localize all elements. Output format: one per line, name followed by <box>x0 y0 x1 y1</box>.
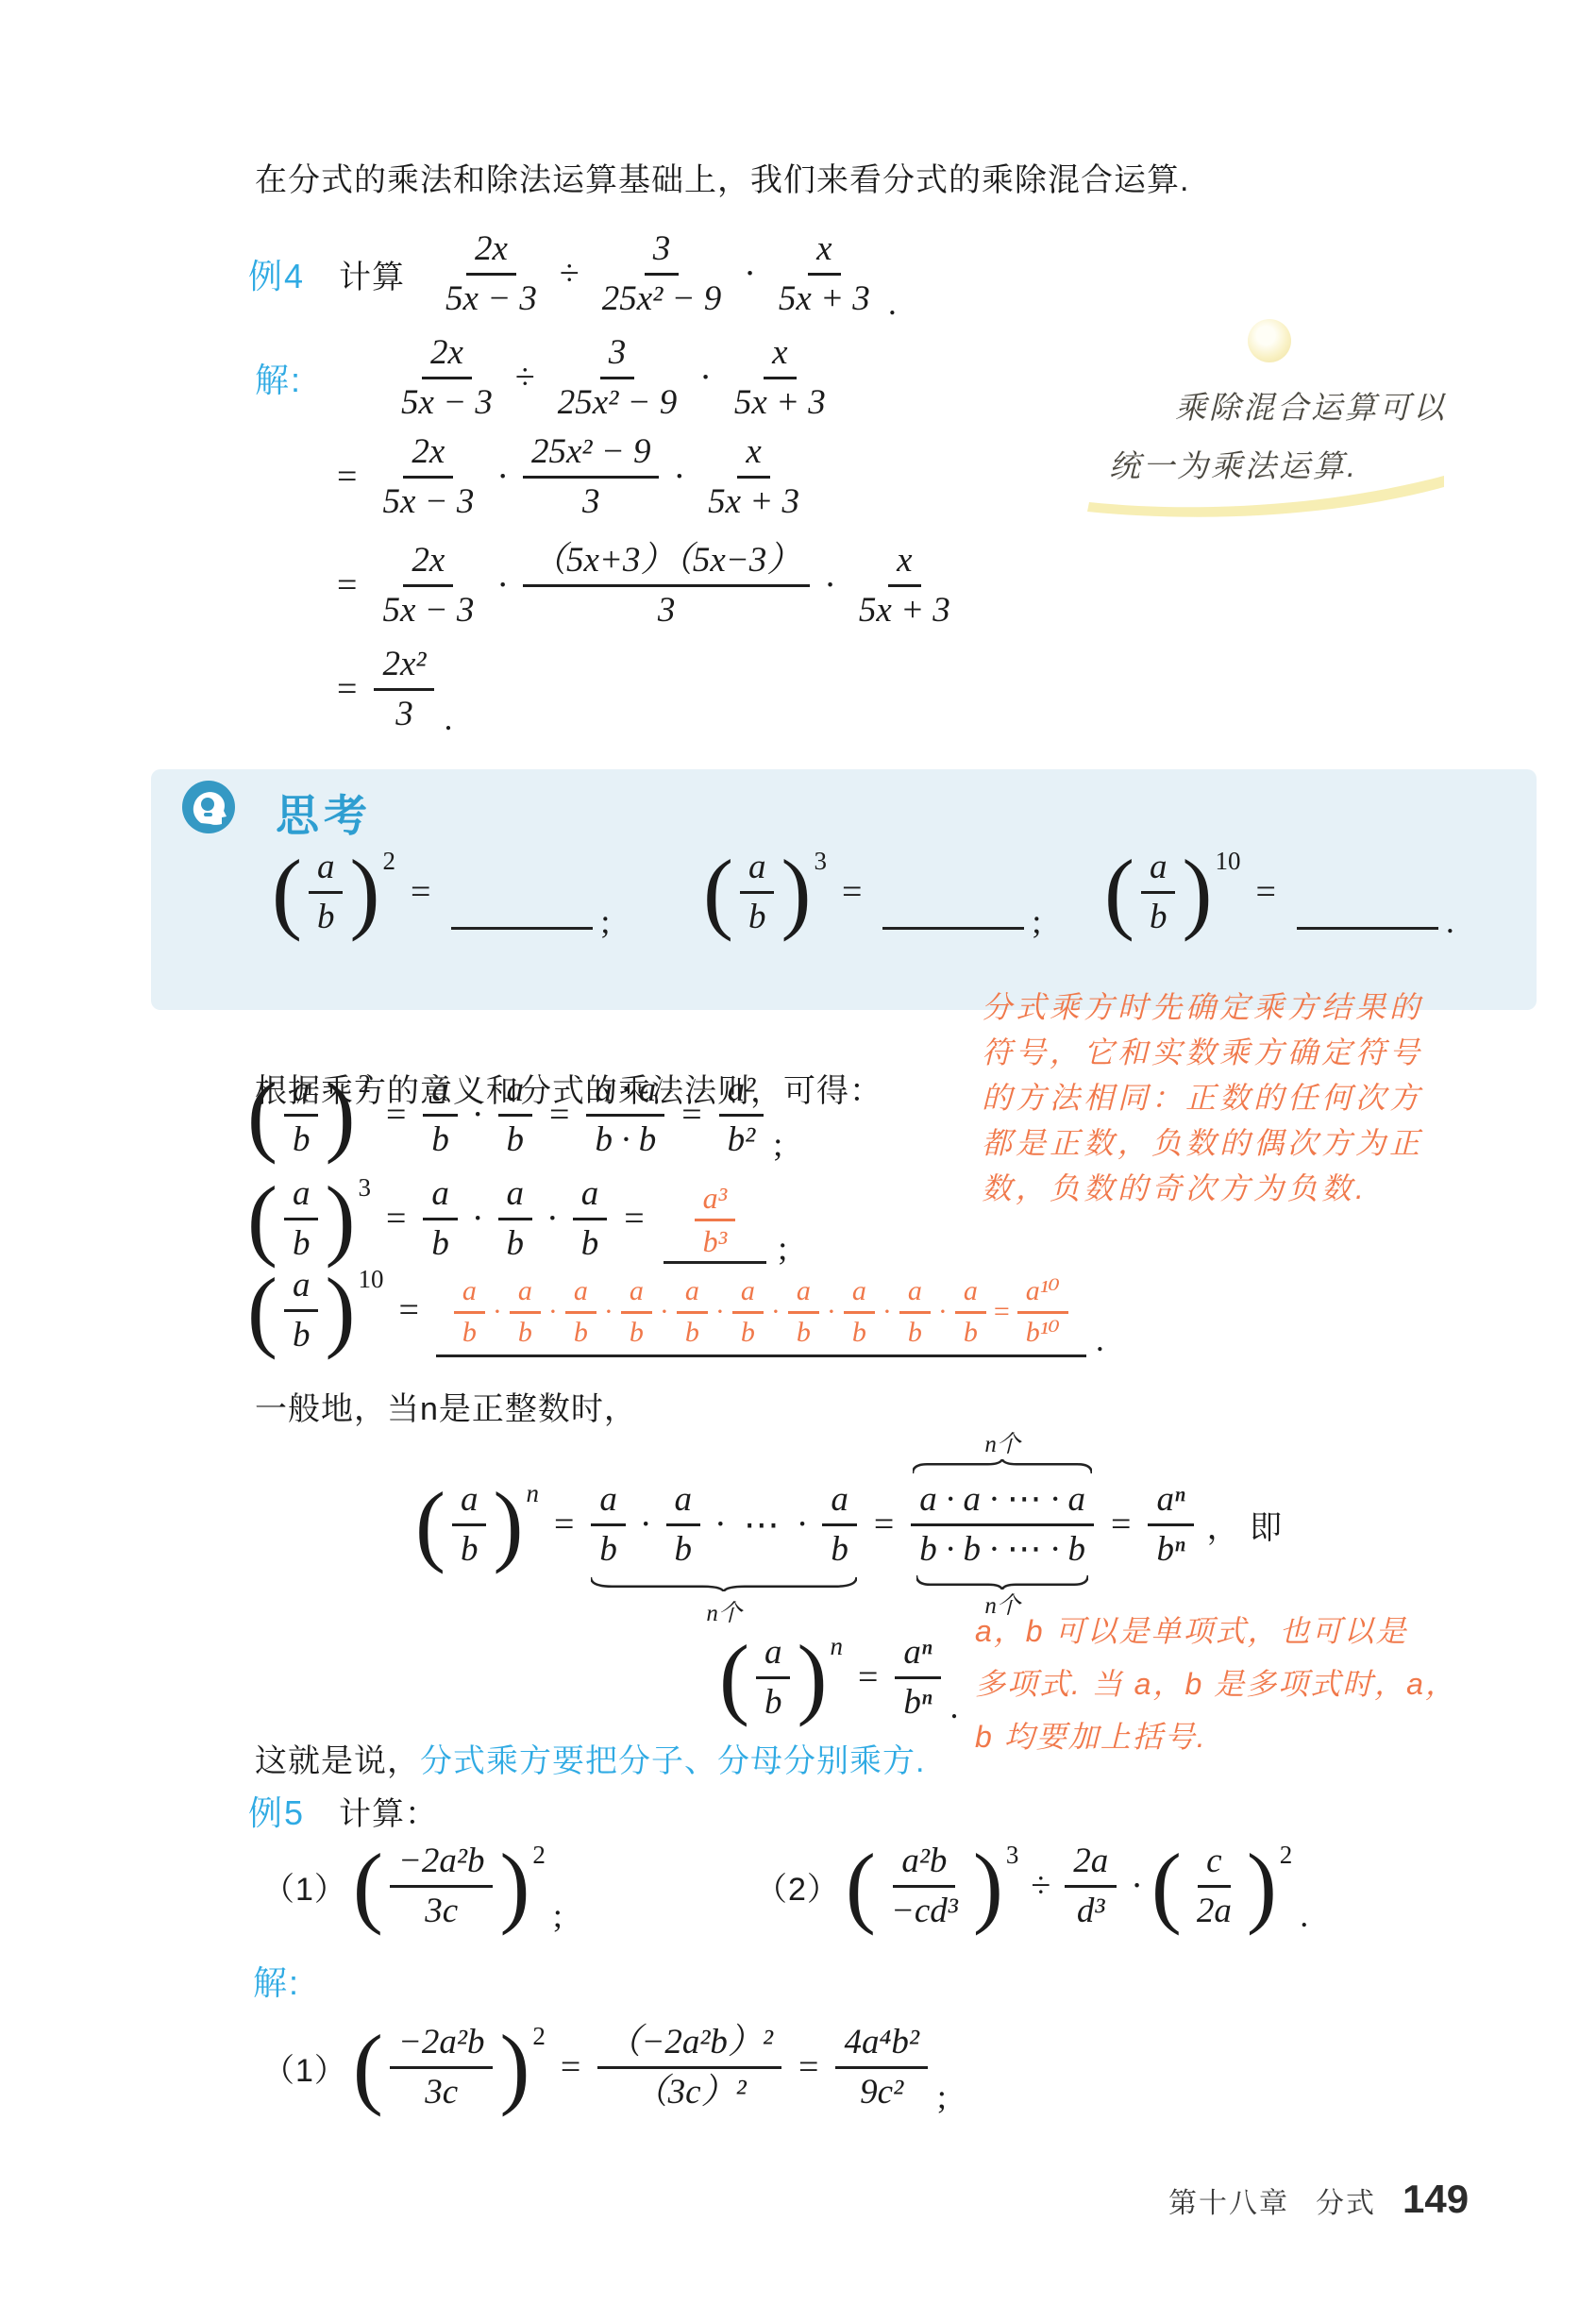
exponent: 10 <box>1215 847 1240 876</box>
fraction: ab <box>591 1479 626 1570</box>
general-power-formula: ( ab ) n = ab · ab · ⋯ · ab n个 = n个 a · … <box>415 1479 1283 1570</box>
denominator: b <box>899 1314 931 1350</box>
denominator: 3 <box>649 587 684 631</box>
intro-paragraph: 在分式的乘法和除法运算基础上，我们来看分式的乘除混合运算. <box>255 154 1189 200</box>
left-paren: ( <box>353 1843 383 1928</box>
numerator: a <box>423 1173 458 1220</box>
fraction: ab <box>756 1632 791 1723</box>
right-paren: ) <box>973 1843 1003 1928</box>
item-tag: （1） <box>262 2044 347 2091</box>
right-paren: ) <box>325 1268 355 1353</box>
numerator: a <box>677 1275 708 1314</box>
fraction: ab <box>284 1069 319 1160</box>
denominator: 3c <box>416 2069 466 2113</box>
fraction: a · ab · b <box>586 1069 664 1160</box>
denominator: b <box>573 1220 608 1265</box>
equals-sign: = <box>798 2046 818 2088</box>
handwritten-fraction: ab <box>510 1275 541 1349</box>
period: . <box>1446 901 1454 941</box>
fraction: 25x² − 93 <box>523 431 659 522</box>
numerator: a² <box>719 1069 764 1117</box>
numerator: x <box>808 228 840 276</box>
equals-sign: = <box>858 1657 878 1698</box>
denominator: b <box>423 1117 458 1161</box>
conclusion-sentence: 这就是说，分式乘方要把分子、分母分别乘方. <box>255 1735 925 1781</box>
exponent: 2 <box>358 1069 371 1099</box>
ellipsis: ⋯ <box>744 1504 780 1546</box>
period: . <box>950 1687 959 1726</box>
multiply-operator: · <box>604 1296 613 1328</box>
example4-label: 例4 <box>248 250 305 298</box>
example5-prompt: 计算： <box>339 1788 438 1834</box>
left-paren: ( <box>415 1482 445 1567</box>
multiply-operator: · <box>660 1296 669 1328</box>
equals-sign: = <box>624 1198 644 1239</box>
denominator: b¹⁰ <box>1017 1314 1068 1350</box>
fraction: 2x5x − 3 <box>374 431 482 522</box>
fraction: x5x + 3 <box>699 431 808 522</box>
multiply-operator: · <box>714 1504 727 1545</box>
note-line: 数，负数的奇次方为负数. <box>982 1166 1548 1211</box>
exponent: n <box>526 1479 539 1508</box>
equals-sign: = <box>874 1504 894 1545</box>
fraction: ab <box>452 1479 487 1570</box>
handwritten-fraction: ab <box>899 1275 931 1349</box>
fraction: ab <box>284 1173 319 1264</box>
denominator: b <box>498 1117 533 1161</box>
numerator: a <box>822 1479 857 1526</box>
right-paren: ) <box>797 1635 827 1720</box>
right-paren: ) <box>325 1176 355 1261</box>
denominator: 25x² − 9 <box>594 276 730 320</box>
underbrace-label: n个 <box>585 1594 862 1628</box>
numerator: 2x <box>466 228 516 276</box>
exponent: 2 <box>532 1841 546 1870</box>
fraction: （−2a²b）²（3c）² <box>597 2022 781 2112</box>
right-paren: ) <box>781 850 811 934</box>
denominator: 3 <box>387 691 422 735</box>
fraction: ab <box>423 1069 458 1160</box>
footer-section: 分式 <box>1316 2179 1376 2221</box>
fraction: ab <box>498 1173 533 1264</box>
left-paren: ( <box>703 850 733 934</box>
power-rule-formula: ( ab ) n = aⁿbⁿ . <box>719 1632 959 1723</box>
fraction: a²b−cd³ <box>882 1841 966 1931</box>
numerator: a <box>423 1069 458 1117</box>
underbrace <box>916 1575 1088 1590</box>
numerator: a <box>666 1479 701 1526</box>
solution4-row1: 解: 2x5x − 3 ÷ 325x² − 9 · x5x + 3 <box>255 332 840 423</box>
solution5-label: 解: <box>253 1957 300 2005</box>
numerator: 2x² <box>374 644 434 691</box>
overbrace-label: n个 <box>911 1431 1094 1459</box>
example5-header: 例5 计算： <box>248 1787 438 1835</box>
left-paren: ( <box>719 1635 749 1720</box>
conclusion-prefix: 这就是说， <box>255 1743 420 1779</box>
think-head-lightbulb-icon <box>181 780 236 834</box>
side-note-line1: 乘除混合运算可以 <box>1175 383 1447 428</box>
handwritten-answer-blank: a³b³ <box>664 1181 767 1265</box>
period: . <box>444 698 452 738</box>
handwritten-fraction: ab <box>621 1275 652 1349</box>
numerator: 3 <box>600 332 635 379</box>
numerator: a <box>955 1275 986 1314</box>
fraction: x5x + 3 <box>770 228 879 319</box>
exponent: 3 <box>814 847 827 876</box>
solution-label: 解: <box>255 354 302 402</box>
fraction: 2x5x − 3 <box>437 228 546 319</box>
right-paren: ) <box>325 1072 355 1157</box>
multiply-operator: · <box>496 456 509 497</box>
denominator: bⁿ <box>1148 1526 1193 1571</box>
numerator: a <box>756 1632 791 1679</box>
footer-chapter: 第十八章 <box>1168 2179 1289 2221</box>
handwritten-fraction: ab <box>565 1275 596 1349</box>
handwritten-fraction: ab <box>677 1275 708 1349</box>
numerator: aⁿ <box>1148 1479 1193 1526</box>
numerator: （5x+3）（5x−3） <box>523 540 810 587</box>
numerator: a · a <box>586 1069 664 1117</box>
numerator: a¹⁰ <box>1017 1275 1068 1314</box>
multiply-operator: · <box>699 357 712 398</box>
multiply-operator: · <box>938 1296 948 1328</box>
handwritten-fraction: a³b³ <box>695 1181 736 1259</box>
numerator: a <box>591 1479 626 1526</box>
denominator: b <box>677 1314 708 1350</box>
fraction: 4a⁴b²9c² <box>835 2022 927 2112</box>
fraction: x5x + 3 <box>726 332 834 423</box>
multiply-operator: · <box>715 1296 725 1328</box>
denominator: 5x + 3 <box>770 276 879 320</box>
multiply-operator: · <box>472 1198 484 1239</box>
equals-sign: = <box>549 1094 569 1136</box>
divide-operator: ÷ <box>515 357 535 398</box>
multiply-operator: · <box>496 564 509 606</box>
fraction: ab <box>284 1265 319 1355</box>
numerator: 3 <box>645 228 680 276</box>
note-line: 的方法相同：正数的任何次方 <box>982 1075 1548 1120</box>
separator: ; <box>937 2077 947 2116</box>
denominator: 5x − 3 <box>374 479 482 523</box>
left-paren: ( <box>846 1843 876 1928</box>
numerator: a · a · ⋯ · a <box>919 1480 1085 1519</box>
exponent: 2 <box>532 2022 546 2051</box>
numerator: a <box>621 1275 652 1314</box>
numerator: （−2a²b）² <box>597 2022 781 2069</box>
equals-sign: = <box>337 564 357 606</box>
denominator: b <box>565 1314 596 1350</box>
fraction: a²b² <box>719 1069 764 1160</box>
fill-in-blank <box>451 927 593 930</box>
denominator: 5x − 3 <box>374 587 482 631</box>
numerator: aⁿ <box>895 1632 940 1679</box>
sun-decoration <box>1248 319 1291 362</box>
denominator: bⁿ <box>895 1679 940 1724</box>
fraction: ab <box>498 1069 533 1160</box>
note-line: b 均要加上括号. <box>975 1710 1560 1763</box>
numerator: −2a²b <box>390 2022 494 2069</box>
denominator: b³ <box>695 1221 736 1259</box>
numerator: a²b <box>893 1841 955 1888</box>
equation-tenth-power: ( ab ) 10 = ab · ab · ab · ab · ab · ab … <box>247 1265 1104 1355</box>
period: . <box>1096 1320 1104 1359</box>
numerator: 2x <box>403 540 453 587</box>
fraction: ab <box>666 1479 701 1570</box>
left-paren: ( <box>272 850 302 934</box>
denominator: b <box>822 1526 857 1571</box>
numerator: −2a²b <box>390 1841 494 1888</box>
note-line: 符号，它和实数乘方确定符号 <box>982 1030 1548 1075</box>
multiply-operator: · <box>797 1504 809 1545</box>
numerator: x <box>737 431 769 479</box>
separator: ; <box>773 1124 782 1164</box>
handwritten-note-power-sign: 分式乘方时先确定乘方结果的 符号，它和实数乘方确定符号 的方法相同：正数的任何次… <box>982 984 1548 1211</box>
right-paren: ) <box>349 850 379 934</box>
denominator: b <box>756 1679 791 1724</box>
denominator: b · b <box>586 1117 664 1161</box>
numerator: x <box>764 332 796 379</box>
denominator: b <box>844 1314 875 1350</box>
fraction: 2x²3 <box>374 644 434 734</box>
numerator: 2x <box>403 431 453 479</box>
conclusion-highlight: 分式乘方要把分子、分母分别乘方. <box>420 1743 925 1779</box>
exponent: 3 <box>1006 1841 1019 1870</box>
numerator: 2x <box>422 332 472 379</box>
fill-in-blank <box>1297 927 1438 930</box>
numerator: a <box>284 1173 319 1220</box>
denominator: b <box>666 1526 701 1571</box>
equals-sign: = <box>554 1504 574 1545</box>
left-paren: ( <box>1104 850 1134 934</box>
example5-item1: （1） ( −2a²b3c ) 2 ; <box>262 1841 563 1931</box>
numerator: c <box>1198 1841 1230 1888</box>
denominator-group: b · b · ⋯ · b n个 <box>911 1526 1094 1571</box>
numerator: a <box>452 1479 487 1526</box>
equals-sign: = <box>561 2046 580 2088</box>
multiply-operator: · <box>824 564 836 606</box>
denominator: d³ <box>1068 1888 1114 1932</box>
solution4-row2: = 2x5x − 3 · 25x² − 93 · x5x + 3 <box>326 431 814 522</box>
example5-label: 例5 <box>248 1787 305 1835</box>
denominator: b <box>284 1312 319 1356</box>
fraction: x5x + 3 <box>850 540 959 631</box>
page-number: 149 <box>1403 2177 1469 2222</box>
multiply-operator: · <box>1131 1865 1143 1907</box>
multiply-operator: · <box>673 456 685 497</box>
fraction: （5x+3）（5x−3）3 <box>523 540 810 631</box>
general-case-paragraph: 一般地，当n是正整数时， <box>255 1383 637 1429</box>
example4-statement: 例4 计算 2x5x − 3 ÷ 325x² − 9 · x5x + 3 . <box>248 228 897 319</box>
equals-sign: = <box>386 1094 406 1136</box>
solution5-row1: （1） ( −2a²b3c ) 2 = （−2a²b）²（3c）² = 4a⁴b… <box>262 2022 947 2112</box>
denominator: 2a <box>1188 1888 1240 1932</box>
denominator: 3c <box>416 1888 466 1932</box>
left-paren: ( <box>247 1268 277 1353</box>
fraction: ab <box>573 1173 608 1264</box>
multiply-operator: · <box>640 1504 652 1545</box>
period: . <box>888 283 897 323</box>
divide-operator: ÷ <box>560 253 580 294</box>
numerator: a <box>510 1275 541 1314</box>
example4-prompt: 计算 <box>339 251 405 297</box>
handwritten-fraction: ab <box>788 1275 819 1349</box>
right-paren: ) <box>1182 850 1212 934</box>
denominator: b <box>621 1314 652 1350</box>
solution4-row3: = 2x5x − 3 · （5x+3）（5x−3）3 · x5x + 3 <box>326 540 965 631</box>
left-paren: ( <box>1151 1843 1182 1928</box>
denominator: b <box>454 1314 485 1350</box>
denominator: 5x − 3 <box>393 379 501 424</box>
exponent: 3 <box>358 1173 371 1203</box>
multiply-operator: · <box>771 1296 781 1328</box>
think-title: 思考 <box>276 782 372 844</box>
denominator: 9c² <box>851 2069 912 2113</box>
right-paren: ) <box>499 1843 529 1928</box>
numerator: x <box>888 540 920 587</box>
note-line: 都是正数，负数的偶次方为正 <box>982 1120 1548 1166</box>
namely-text: ， 即 <box>1207 1502 1283 1548</box>
equals-sign: = <box>398 1289 418 1331</box>
note-line: 分式乘方时先确定乘方结果的 <box>982 984 1548 1030</box>
multiply-operator: · <box>827 1296 836 1328</box>
denominator: b <box>452 1526 487 1571</box>
separator: ; <box>600 901 610 941</box>
numerator: 4a⁴b² <box>835 2022 927 2069</box>
left-paren: ( <box>247 1176 277 1261</box>
denominator: b <box>591 1526 626 1571</box>
period: . <box>1300 1895 1308 1935</box>
fraction: 2ad³ <box>1065 1841 1117 1931</box>
numerator: a <box>788 1275 819 1314</box>
multiply-operator: · <box>546 1198 559 1239</box>
denominator: b <box>284 1220 319 1265</box>
numerator: 25x² − 9 <box>523 431 659 479</box>
numerator-group: n个 a · a · ⋯ · a <box>911 1479 1094 1526</box>
multiply-operator: · <box>493 1296 502 1328</box>
textbook-page: 在分式的乘法和除法运算基础上，我们来看分式的乘除混合运算. 例4 计算 2x5x… <box>0 0 1596 2305</box>
denominator: b² <box>719 1117 764 1161</box>
numerator: a <box>498 1069 533 1117</box>
denominator: b <box>955 1314 986 1350</box>
denominator: b <box>1141 894 1176 938</box>
equation-square: ( ab ) 2 = ab · ab = a · ab · b = a²b² ; <box>247 1069 782 1160</box>
denominator: b <box>740 894 775 938</box>
example5-item2: （2） ( a²b−cd³ ) 3 ÷ 2ad³ · ( c2a ) 2 . <box>755 1841 1308 1931</box>
exponent: 2 <box>382 847 395 876</box>
denominator: b · b · ⋯ · b <box>919 1530 1085 1569</box>
right-paren: ) <box>499 2025 529 2110</box>
numerator: a <box>565 1275 596 1314</box>
equals-sign: = <box>1255 871 1275 913</box>
fraction: 2x5x − 3 <box>374 540 482 631</box>
overbrace <box>913 1459 1092 1473</box>
equals-sign: = <box>681 1094 701 1136</box>
denominator: 5x + 3 <box>850 587 959 631</box>
numerator: a <box>309 847 344 894</box>
numerator: a <box>1141 847 1176 894</box>
solution4-row4: = 2x²3 . <box>326 644 452 734</box>
handwritten-fraction: ab <box>732 1275 764 1349</box>
fraction: 325x² − 9 <box>594 228 730 319</box>
left-paren: ( <box>353 2025 383 2110</box>
fraction: 325x² − 9 <box>549 332 685 423</box>
fraction: 2x5x − 3 <box>393 332 501 423</box>
numerator: a <box>284 1265 319 1312</box>
fraction: ab <box>1141 847 1176 937</box>
right-paren: ) <box>493 1482 523 1567</box>
divide-operator: ÷ <box>1031 1865 1050 1907</box>
fraction: −2a²b3c <box>390 1841 494 1931</box>
underbrace <box>591 1577 856 1591</box>
denominator: b <box>510 1314 541 1350</box>
equals-sign: = <box>411 871 430 913</box>
denominator: 25x² − 9 <box>549 379 685 424</box>
numerator: a <box>899 1275 931 1314</box>
handwritten-answer-blank-wide: ab · ab · ab · ab · ab · ab · ab · ab · … <box>436 1275 1086 1357</box>
fraction: aⁿbⁿ <box>1148 1479 1193 1570</box>
handwritten-fraction: a¹⁰b¹⁰ <box>1017 1275 1068 1349</box>
fraction: ab <box>309 847 344 937</box>
exponent: 10 <box>358 1265 383 1294</box>
separator: ; <box>778 1228 787 1268</box>
numerator: a <box>454 1275 485 1314</box>
numerator: a <box>740 847 775 894</box>
note-line: a，b 可以是单项式，也可以是 <box>975 1605 1560 1657</box>
think-expression-1: ( ab ) 2 = ; <box>272 847 610 937</box>
equals-sign: = <box>1111 1504 1131 1545</box>
handwritten-fraction: ab <box>844 1275 875 1349</box>
numerator: a <box>284 1069 319 1117</box>
separator: ; <box>553 1895 563 1935</box>
denominator: 3 <box>574 479 609 523</box>
numerator: a <box>573 1173 608 1220</box>
think-expression-2: ( ab ) 3 = ; <box>703 847 1041 937</box>
denominator: b <box>788 1314 819 1350</box>
fill-in-blank <box>882 927 1024 930</box>
denominator: −cd³ <box>882 1888 966 1932</box>
equation-cube: ( ab ) 3 = ab · ab · ab = a³b³ ; <box>247 1173 787 1264</box>
denominator: b <box>498 1220 533 1265</box>
big-fraction: n个 a · a · ⋯ · a b · b · ⋯ · b n个 <box>911 1479 1094 1570</box>
denominator: b <box>732 1314 764 1350</box>
numerator: 2a <box>1065 1841 1117 1888</box>
denominator: 5x − 3 <box>437 276 546 320</box>
equals-sign: = <box>337 668 357 710</box>
multiply-operator: · <box>744 253 756 294</box>
fraction: ab <box>423 1173 458 1264</box>
fraction: ab <box>740 847 775 937</box>
page-footer: 第十八章 分式 149 <box>1168 2177 1469 2222</box>
left-paren: ( <box>247 1072 277 1157</box>
multiply-operator: · <box>472 1094 484 1136</box>
equals-sign: = <box>842 871 862 913</box>
denominator: 5x + 3 <box>699 479 808 523</box>
right-paren: ) <box>1247 1843 1277 1928</box>
equals-sign: = <box>337 456 357 497</box>
denominator: b <box>284 1117 319 1161</box>
fraction: ab <box>822 1479 857 1570</box>
denominator: 5x + 3 <box>726 379 834 424</box>
denominator: b <box>309 894 344 938</box>
think-expression-3: ( ab ) 10 = . <box>1104 847 1454 937</box>
fraction: c2a <box>1188 1841 1240 1931</box>
handwritten-fraction: ab <box>454 1275 485 1349</box>
note-line: 多项式. 当 a，b 是多项式时，a， <box>975 1657 1560 1710</box>
equals-sign: = <box>994 1296 1010 1328</box>
fraction: −2a²b3c <box>390 2022 494 2112</box>
exponent: 2 <box>1280 1841 1293 1870</box>
item-tag: （2） <box>755 1863 840 1910</box>
